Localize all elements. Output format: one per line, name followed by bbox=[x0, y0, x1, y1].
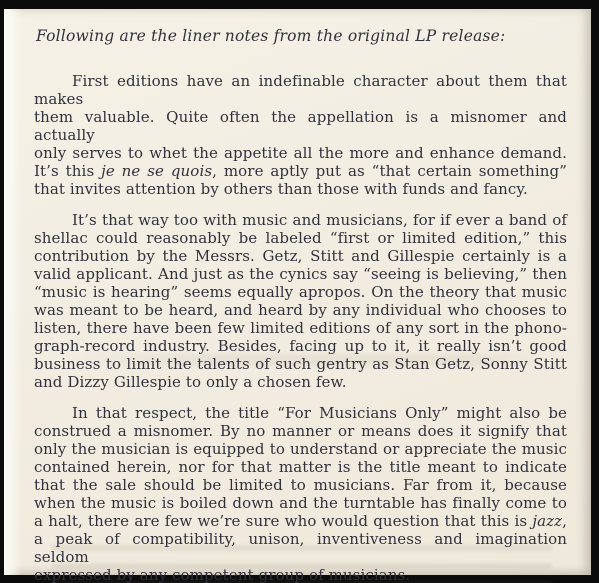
text-line: contribution by the Messrs. Getz, Stitt … bbox=[34, 247, 567, 265]
liner-notes-content: Following are the liner notes from the o… bbox=[34, 27, 567, 583]
text-line: when the music is boiled down and the tu… bbox=[34, 494, 567, 512]
text-line: listen, there have been few limited edit… bbox=[34, 319, 567, 337]
scanned-booklet-page: { "colors": { "paper": "#f2ede1", "ink":… bbox=[0, 0, 599, 583]
liner-notes-body: First editions have an indefinable chara… bbox=[34, 72, 567, 583]
text-line: First editions have an indefinable chara… bbox=[34, 72, 567, 108]
page-edge-highlight bbox=[4, 9, 22, 575]
text-line: and Dizzy Gillespie to only a chosen few… bbox=[34, 373, 567, 391]
text-line: contained herein, nor for that matter is… bbox=[34, 458, 567, 476]
text-line: graph-record industry. Besides, facing u… bbox=[34, 337, 567, 355]
text-line: expressed by any competent group of musi… bbox=[34, 566, 567, 583]
text-line: a peak of compatibility, unison, inventi… bbox=[34, 530, 567, 566]
text-line: valid applicant. And just as the cynics … bbox=[34, 265, 567, 283]
text-line: “music is hearing” seems equally apropos… bbox=[34, 283, 567, 301]
paragraph: First editions have an indefinable chara… bbox=[34, 72, 567, 198]
paragraph: It’s that way too with music and musicia… bbox=[34, 211, 567, 391]
intro-line: Following are the liner notes from the o… bbox=[36, 27, 567, 45]
text-line: that invites attention by others than th… bbox=[34, 180, 567, 198]
text-line: It’s that way too with music and musicia… bbox=[34, 211, 567, 229]
text-line: that the sale should be limited to music… bbox=[34, 476, 567, 494]
paragraph: In that respect, the title “For Musician… bbox=[34, 404, 567, 583]
text-line: them valuable. Quite often the appellati… bbox=[34, 108, 567, 144]
text-line: It’s this je ne se quois, more aptly put… bbox=[34, 162, 567, 180]
text-line: business to limit the talents of such ge… bbox=[34, 355, 567, 373]
text-line: construed a misnomer. By no manner or me… bbox=[34, 422, 567, 440]
text-line: shellac could reasonably be labeled “fir… bbox=[34, 229, 567, 247]
text-line: only serves to whet the appetite all the… bbox=[34, 144, 567, 162]
text-line: In that respect, the title “For Musician… bbox=[34, 404, 567, 422]
text-line: was meant to be heard, and heard by any … bbox=[34, 301, 567, 319]
text-line: a halt, there are few we’re sure who wou… bbox=[34, 512, 567, 530]
text-line: only the musician is equipped to underst… bbox=[34, 440, 567, 458]
liner-notes-page: Following are the liner notes from the o… bbox=[4, 9, 591, 575]
